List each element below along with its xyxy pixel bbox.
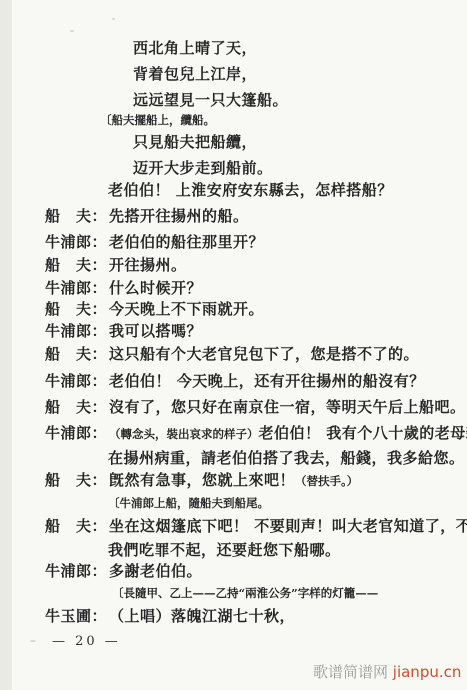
verse-line: 西北角上晴了天，: [133, 38, 257, 58]
dialogue-text: 我可以搭嗎？: [109, 321, 202, 341]
stage-direction: 〔船夫擺船上，纜船。: [100, 112, 215, 128]
dialogue-text: 这只船有个大老官兒包下了，您是搭不了的。: [109, 344, 419, 364]
stage-text: 〔牛浦郎上船，隨船夫到船尾。: [108, 496, 269, 510]
dialogue-text: 先搭开往揚州的船。: [109, 206, 249, 226]
verse-line: 远远望見一只大篷船。: [133, 90, 288, 110]
speaker-name: 船 夫：: [45, 344, 109, 364]
dialogue-text: （轉念头，裝出哀求的样子）老伯伯！ 我有个八十歲的老母親: [109, 423, 467, 444]
speaker-name: 船 夫：: [45, 255, 109, 275]
dialogue-continuation: 在揚州病重，請老伯伯搭了我去，船錢，我多給您。: [108, 448, 465, 468]
stage-direction: 〔長隨甲、乙上——乙持“兩淮公务”字样的灯籠——: [112, 585, 378, 601]
dialogue-text-main: 老伯伯！ 我有个八十歲的老母親: [259, 424, 467, 442]
dialogue-line: 船 夫： 开往揚州。: [45, 255, 187, 275]
dialogue-text: 我們吃罪不起，还要赶您下船哪。: [108, 541, 341, 559]
speaker-name: 牛浦郎：: [45, 423, 109, 444]
sing-cue: （上唱）: [109, 607, 171, 625]
dialogue-line: 船 夫： 先搭开往揚州的船。: [45, 206, 249, 226]
verse-text: 远远望見一只大篷船。: [133, 91, 288, 109]
speech-text: 老伯伯！ 上淮安府安东縣去，怎样搭船？: [108, 181, 393, 199]
book-gutter-edge: [0, 0, 12, 690]
dialogue-line: 牛玉圃： （上唱）落魄江湖七十秋，: [45, 606, 295, 626]
dialogue-text: 在揚州病重，請老伯伯搭了我去，船錢，我多給您。: [108, 449, 465, 467]
verse-text: 背着包兒上江岸，: [133, 65, 257, 83]
speaker-name: 牛浦郎：: [45, 371, 109, 391]
dialogue-text: 什么时候开？: [109, 278, 202, 298]
dialogue-text: （上唱）落魄江湖七十秋，: [109, 606, 295, 626]
speaker-name: 船 夫：: [45, 299, 109, 319]
watermark-site-name: 歌谱简谱网: [313, 663, 393, 681]
dialogue-line: 船 夫： 沒有了，您只好在南京住一宿，等明天午后上船吧。: [45, 397, 466, 417]
speaker-name: 船 夫：: [45, 470, 109, 491]
dialogue-line: 船 夫： 坐在这烟篷底下吧！ 不要則声！叫大老官知道了，不但: [45, 516, 467, 536]
dialogue-text: 开往揚州。: [109, 255, 187, 275]
speaker-name: 船 夫：: [45, 206, 109, 226]
dialogue-text: 老伯伯！ 今天晚上，还有开往揚州的船沒有？: [109, 371, 425, 391]
speaker-name: 船 夫：: [45, 397, 109, 417]
dialogue-text: 旣然有急事，您就上來吧！（替扶手。）: [109, 470, 358, 491]
dialogue-continuation: 我們吃罪不起，还要赶您下船哪。: [108, 540, 341, 560]
speech-line: 老伯伯！ 上淮安府安东縣去，怎样搭船？: [108, 180, 393, 200]
verse-text: 只見船夫把船纜，: [133, 133, 257, 151]
dialogue-line: 牛浦郎： 老伯伯的船往那里开？: [45, 232, 264, 252]
speaker-name: 牛浦郎：: [45, 321, 109, 341]
dialogue-line: 船 夫： 今天晚上不下雨就开。: [45, 299, 264, 319]
dialogue-text-main: 旣然有急事，您就上來吧！: [109, 471, 295, 489]
verse-line: 背着包兒上江岸，: [133, 64, 257, 84]
speaker-name: 船 夫：: [45, 516, 109, 536]
dialogue-text: 今天晚上不下雨就开。: [109, 299, 264, 319]
watermark-site-url: jianpu.cn: [393, 663, 462, 681]
dialogue-line: 船 夫： 旣然有急事，您就上來吧！（替扶手。）: [45, 470, 358, 491]
speaker-name: 牛浦郎：: [45, 232, 109, 252]
inline-stage-note: （替扶手。）: [295, 474, 358, 488]
dialogue-line: 牛浦郎： （轉念头，裝出哀求的样子）老伯伯！ 我有个八十歲的老母親: [45, 423, 467, 444]
verse-text: 西北角上晴了天，: [133, 39, 257, 57]
dialogue-text-main: 落魄江湖七十秋，: [171, 607, 295, 625]
watermark: 歌谱简谱网 jianpu.cn: [313, 661, 461, 682]
inline-stage-note: （轉念头，裝出哀求的样子）: [109, 427, 259, 441]
dialogue-text: 多謝老伯伯。: [109, 561, 202, 581]
dialogue-text: 坐在这烟篷底下吧！ 不要則声！叫大老官知道了，不但: [109, 516, 467, 536]
stage-direction: 〔牛浦郎上船，隨船夫到船尾。: [108, 495, 269, 511]
speaker-name: 牛浦郎：: [45, 561, 109, 581]
scan-speck: [112, 18, 115, 20]
verse-line: 迈开大步走到船前。: [133, 158, 273, 178]
verse-text: 迈开大步走到船前。: [133, 159, 273, 177]
dialogue-text: 老伯伯的船往那里开？: [109, 232, 264, 252]
script-page: 西北角上晴了天， 背着包兒上江岸， 远远望見一只大篷船。 〔船夫擺船上，纜船。 …: [0, 0, 467, 690]
stage-text: 〔長隨甲、乙上——乙持“兩淮公务”字样的灯籠——: [112, 586, 378, 600]
page-number: — 20 —: [52, 634, 121, 649]
stage-text: 〔船夫擺船上，纜船。: [100, 113, 215, 127]
scan-speck: [70, 30, 74, 32]
dialogue-line: 牛浦郎： 多謝老伯伯。: [45, 561, 202, 581]
dialogue-line: 牛浦郎： 什么时候开？: [45, 278, 202, 298]
dialogue-line: 船 夫： 这只船有个大老官兒包下了，您是搭不了的。: [45, 344, 419, 364]
scan-speck: [30, 640, 36, 642]
verse-line: 只見船夫把船纜，: [133, 132, 257, 152]
dialogue-line: 牛浦郎： 我可以搭嗎？: [45, 321, 202, 341]
dialogue-text: 沒有了，您只好在南京住一宿，等明天午后上船吧。: [109, 397, 466, 417]
dialogue-line: 牛浦郎： 老伯伯！ 今天晚上，还有开往揚州的船沒有？: [45, 371, 425, 391]
speaker-name: 牛玉圃：: [45, 606, 109, 626]
speaker-name: 牛浦郎：: [45, 278, 109, 298]
